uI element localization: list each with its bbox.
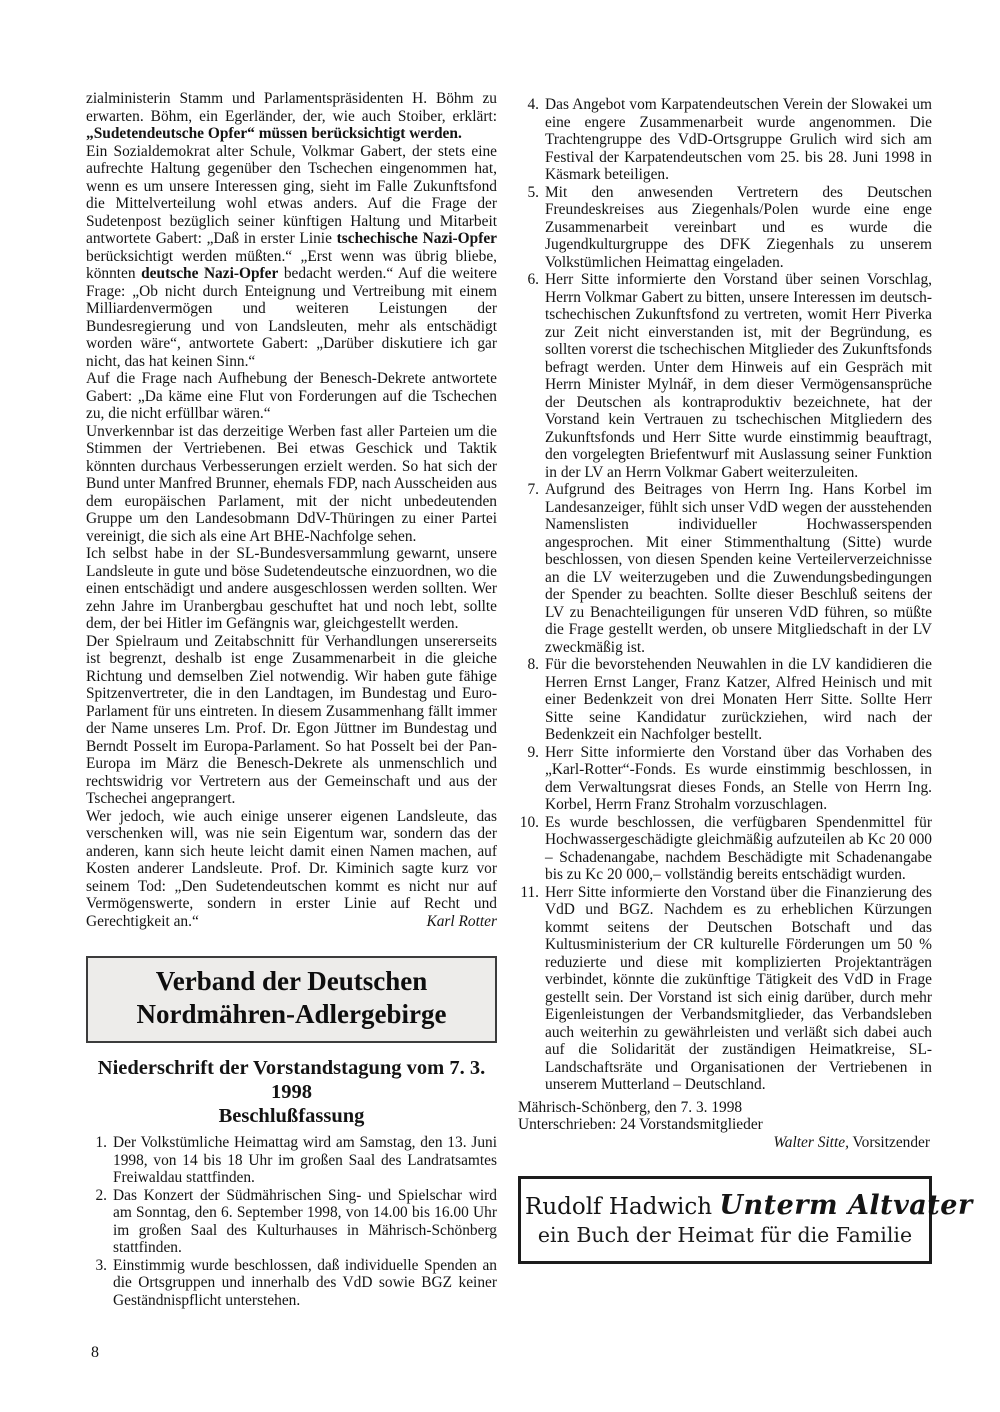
- list-item-number: 1.: [86, 1134, 107, 1152]
- list-item-number: 5.: [518, 184, 539, 202]
- list-item: 5.Mit den anwesenden Vertretern des Deut…: [518, 184, 932, 272]
- two-column-layout: zialministerin Stamm und Parlamentspräsi…: [86, 90, 1000, 1309]
- paragraph: zialministerin Stamm und Parlamentspräsi…: [86, 90, 497, 143]
- list-item: 1.Der Volkstümliche Heimattag wird am Sa…: [86, 1134, 497, 1187]
- right-column: 4.Das Angebot vom Karpatendeutschen Vere…: [518, 90, 932, 1309]
- book-subtitle: ein Buch der Heimat für die Familie: [525, 1223, 925, 1248]
- list-item-text: Das Angebot vom Karpatendeutschen Verein…: [545, 96, 932, 183]
- paragraph: Ein Sozialdemokrat alter Schule, Volkmar…: [86, 143, 497, 371]
- paragraph: Ich selbst habe in der SL-Bundesversamml…: [86, 545, 497, 633]
- list-item-number: 4.: [518, 96, 539, 114]
- minutes-items-1-3: 1.Der Volkstümliche Heimattag wird am Sa…: [86, 1134, 497, 1309]
- paragraph: Unverkennbar ist das derzeitige Werben f…: [86, 423, 497, 546]
- list-item-text: Der Volkstümliche Heimattag wird am Sams…: [113, 1134, 497, 1186]
- list-item-text: Herr Sitte informierte den Vorstand über…: [545, 884, 932, 1094]
- signature-block: Mährisch-Schönberg, den 7. 3. 1998 Unter…: [518, 1099, 932, 1152]
- list-item-text: Herr Sitte informierte den Vorstand über…: [545, 744, 932, 814]
- page-number: 8: [91, 1344, 99, 1362]
- left-column: zialministerin Stamm und Parlamentspräsi…: [86, 90, 497, 1309]
- verband-title-line-2: Nordmähren-Adlergebirge: [90, 998, 493, 1031]
- book-ad-line-1: Rudolf Hadwich Unterm Altvater: [525, 1190, 925, 1223]
- paragraph: Der Spielraum und Zeitabschnitt für Verh…: [86, 633, 497, 808]
- place-date-line: Mährisch-Schönberg, den 7. 3. 1998: [518, 1099, 932, 1117]
- minutes-heading: Niederschrift der Vorstandstagung vom 7.…: [86, 1056, 497, 1128]
- document-page: zialministerin Stamm und Parlamentspräsi…: [0, 0, 1000, 1412]
- list-item: 2.Das Konzert der Südmährischen Sing- un…: [86, 1187, 497, 1257]
- list-item-number: 11.: [518, 884, 539, 902]
- list-item-text: Es wurde beschlossen, die verfügbaren Sp…: [545, 814, 932, 884]
- chairman-name: Walter Sitte,: [773, 1134, 849, 1151]
- list-item-text: Herr Sitte informierte den Vorstand über…: [545, 271, 932, 481]
- minutes-heading-line-1: Niederschrift der Vorstandstagung vom 7.…: [86, 1056, 497, 1104]
- list-item-text: Das Konzert der Südmährischen Sing- und …: [113, 1187, 497, 1257]
- chairman-signature: Walter Sitte, Vorsitzender: [518, 1134, 932, 1152]
- list-item: 6.Herr Sitte informierte den Vorstand üb…: [518, 271, 932, 481]
- list-item-number: 7.: [518, 481, 539, 499]
- paragraph: Auf die Frage nach Aufhebung der Benesch…: [86, 370, 497, 423]
- author-byline: Karl Rotter: [426, 913, 497, 931]
- list-item: 7.Aufgrund des Beitrages von Herrn Ing. …: [518, 481, 932, 656]
- list-item-number: 10.: [518, 814, 539, 832]
- list-item-number: 2.: [86, 1187, 107, 1205]
- list-item-number: 6.: [518, 271, 539, 289]
- signed-line: Unterschrieben: 24 Vorstandsmitglieder: [518, 1116, 932, 1134]
- list-item-number: 8.: [518, 656, 539, 674]
- list-item-text: Für die bevorstehenden Neuwahlen in die …: [545, 656, 932, 743]
- list-item: 8.Für die bevorstehenden Neuwahlen in di…: [518, 656, 932, 744]
- book-author: Rudolf Hadwich: [525, 1194, 719, 1220]
- list-item-number: 9.: [518, 744, 539, 762]
- paragraph: Wer jedoch, wie auch einige unserer eige…: [86, 808, 497, 931]
- chairman-role: Vorsitzender: [849, 1134, 930, 1151]
- list-item: 11.Herr Sitte informierte den Vorstand ü…: [518, 884, 932, 1094]
- list-item: 9.Herr Sitte informierte den Vorstand üb…: [518, 744, 932, 814]
- list-item-text: Einstimmig wurde beschlossen, daß indivi…: [113, 1257, 497, 1309]
- list-item: 3.Einstimmig wurde beschlossen, daß indi…: [86, 1257, 497, 1310]
- book-ad-box: Rudolf Hadwich Unterm Altvater ein Buch …: [518, 1176, 932, 1264]
- list-item-text: Aufgrund des Beitrages von Herrn Ing. Ha…: [545, 481, 932, 656]
- list-item-number: 3.: [86, 1257, 107, 1275]
- minutes-items-4-11: 4.Das Angebot vom Karpatendeutschen Vere…: [518, 96, 932, 1094]
- book-title: Unterm Altvater: [719, 1190, 972, 1221]
- verband-title-box: Verband der Deutschen Nordmähren-Adlerge…: [86, 956, 497, 1043]
- minutes-heading-line-2: Beschlußfassung: [86, 1104, 497, 1128]
- article-continuation-body: zialministerin Stamm und Parlamentspräsi…: [86, 90, 497, 930]
- verband-title-line-1: Verband der Deutschen: [90, 965, 493, 998]
- list-item: 10.Es wurde beschlossen, die verfügbaren…: [518, 814, 932, 884]
- list-item: 4.Das Angebot vom Karpatendeutschen Vere…: [518, 96, 932, 184]
- list-item-text: Mit den anwesenden Vertretern des Deutsc…: [545, 184, 932, 271]
